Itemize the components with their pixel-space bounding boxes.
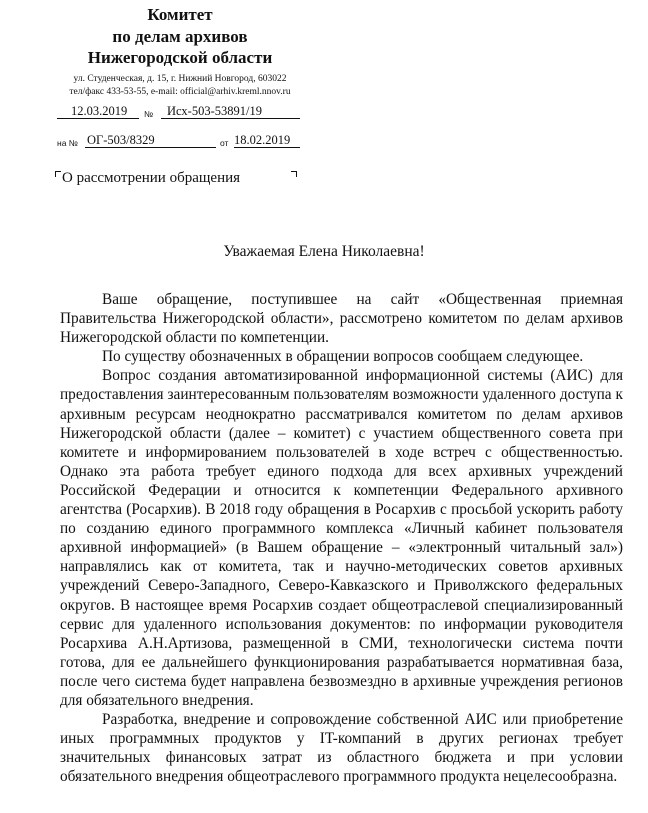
- reply-date-label: от: [220, 138, 228, 148]
- address-line: ул. Студенческая, д. 15, г. Нижний Новго…: [55, 73, 305, 86]
- outgoing-date: 12.03.2019: [71, 104, 127, 118]
- paragraph: По существу обозначенных в обращении воп…: [60, 347, 623, 366]
- contacts-line: тел/факс 433-53-55, e-mail: official@arh…: [55, 86, 305, 99]
- org-line-3: Нижегородской области: [60, 47, 300, 69]
- reply-number-label: на №: [57, 138, 78, 148]
- reply-date: 18.02.2019: [234, 133, 290, 147]
- number-label: №: [144, 109, 153, 119]
- organization-name: Комитет по делам архивов Нижегородской о…: [60, 4, 300, 69]
- number-underline: [161, 118, 300, 119]
- paragraph: Вопрос создания автоматизированной инфор…: [60, 366, 623, 710]
- greeting: Уважаемая Елена Николаевна!: [0, 243, 648, 261]
- org-line-2: по делам архивов: [60, 26, 300, 48]
- reply-number: ОГ-503/8329: [87, 133, 155, 147]
- org-line-1: Комитет: [60, 4, 300, 26]
- reply-date-underline: [234, 147, 300, 148]
- subject-corner-left: [55, 171, 61, 177]
- date-underline: [57, 118, 139, 119]
- reply-number-underline: [85, 147, 216, 148]
- subject-corner-right: [291, 171, 297, 177]
- outgoing-number: Исх-503-53891/19: [167, 104, 262, 118]
- organization-address: ул. Студенческая, д. 15, г. Нижний Новго…: [55, 73, 305, 98]
- paragraph: Разработка, внедрение и сопровождение со…: [60, 710, 623, 786]
- subject-line: О рассмотрении обращения: [62, 170, 240, 187]
- paragraph: Ваше обращение, поступившее на сайт «Общ…: [60, 290, 623, 347]
- letter-body: Ваше обращение, поступившее на сайт «Общ…: [60, 290, 623, 786]
